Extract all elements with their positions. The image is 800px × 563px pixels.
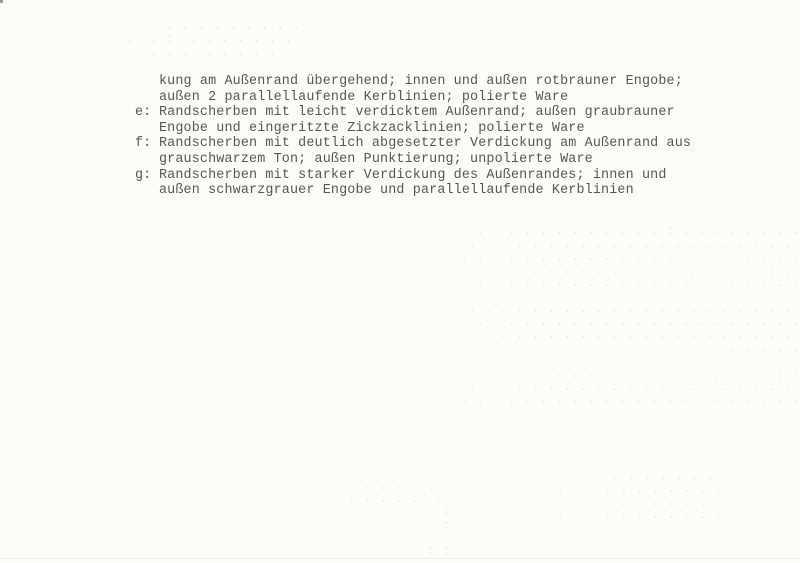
entry-text: kung am Außenrand übergehend; innen und … <box>159 74 683 90</box>
bleed-through-text: . . . . . . . . . . . . . . . . . . . . … <box>430 470 730 522</box>
paper-edge <box>0 558 800 559</box>
bleed-through-text: . . . . . . . . : . . . . . . . . . . . … <box>300 225 800 407</box>
entry-text: Randscherben mit deutlich abgesetzter Ve… <box>159 136 691 152</box>
entry-text: Engobe und eingeritzte Zickzacklinien; p… <box>159 121 585 137</box>
entry-d-continuation-line-1: kung am Außenrand übergehend; innen und … <box>135 74 691 90</box>
bleed-through-text: . . . . . . . . . . . . . . : : : : <box>170 480 450 558</box>
entry-label <box>135 74 159 90</box>
entry-text: Randscherben mit starker Verdickung des … <box>159 168 667 184</box>
entry-label: e: <box>135 105 159 121</box>
entry-label: f: <box>135 136 159 152</box>
document-page: . . . . . . . . . . . . . . . . : . . . … <box>0 0 800 563</box>
catalogue-text: kung am Außenrand übergehend; innen und … <box>135 74 691 199</box>
entry-f-line-1: f: Randscherben mit deutlich abgesetzter… <box>135 136 691 152</box>
entry-label: g: <box>135 168 159 184</box>
scan-corner-mark <box>0 0 3 3</box>
entry-f-line-2: grauschwarzem Ton; außen Punktierung; un… <box>135 152 691 168</box>
entry-e-line-1: e: Randscherben mit leicht verdicktem Au… <box>135 105 691 121</box>
entry-text: außen 2 parallellaufende Kerblinien; pol… <box>159 90 568 106</box>
entry-g-line-1: g: Randscherben mit starker Verdickung d… <box>135 168 691 184</box>
bleed-through-text: . . . . . . . . . . . . . . . . : . . . … <box>60 20 300 59</box>
entry-d-continuation-line-2: außen 2 parallellaufende Kerblinien; pol… <box>135 90 691 106</box>
entry-text: außen schwarzgrauer Engobe und parallell… <box>159 183 634 199</box>
entry-g-line-2: außen schwarzgrauer Engobe und parallell… <box>135 183 691 199</box>
entry-e-line-2: Engobe und eingeritzte Zickzacklinien; p… <box>135 121 691 137</box>
entry-text: Randscherben mit leicht verdicktem Außen… <box>159 105 675 121</box>
entry-text: grauschwarzem Ton; außen Punktierung; un… <box>159 152 593 168</box>
